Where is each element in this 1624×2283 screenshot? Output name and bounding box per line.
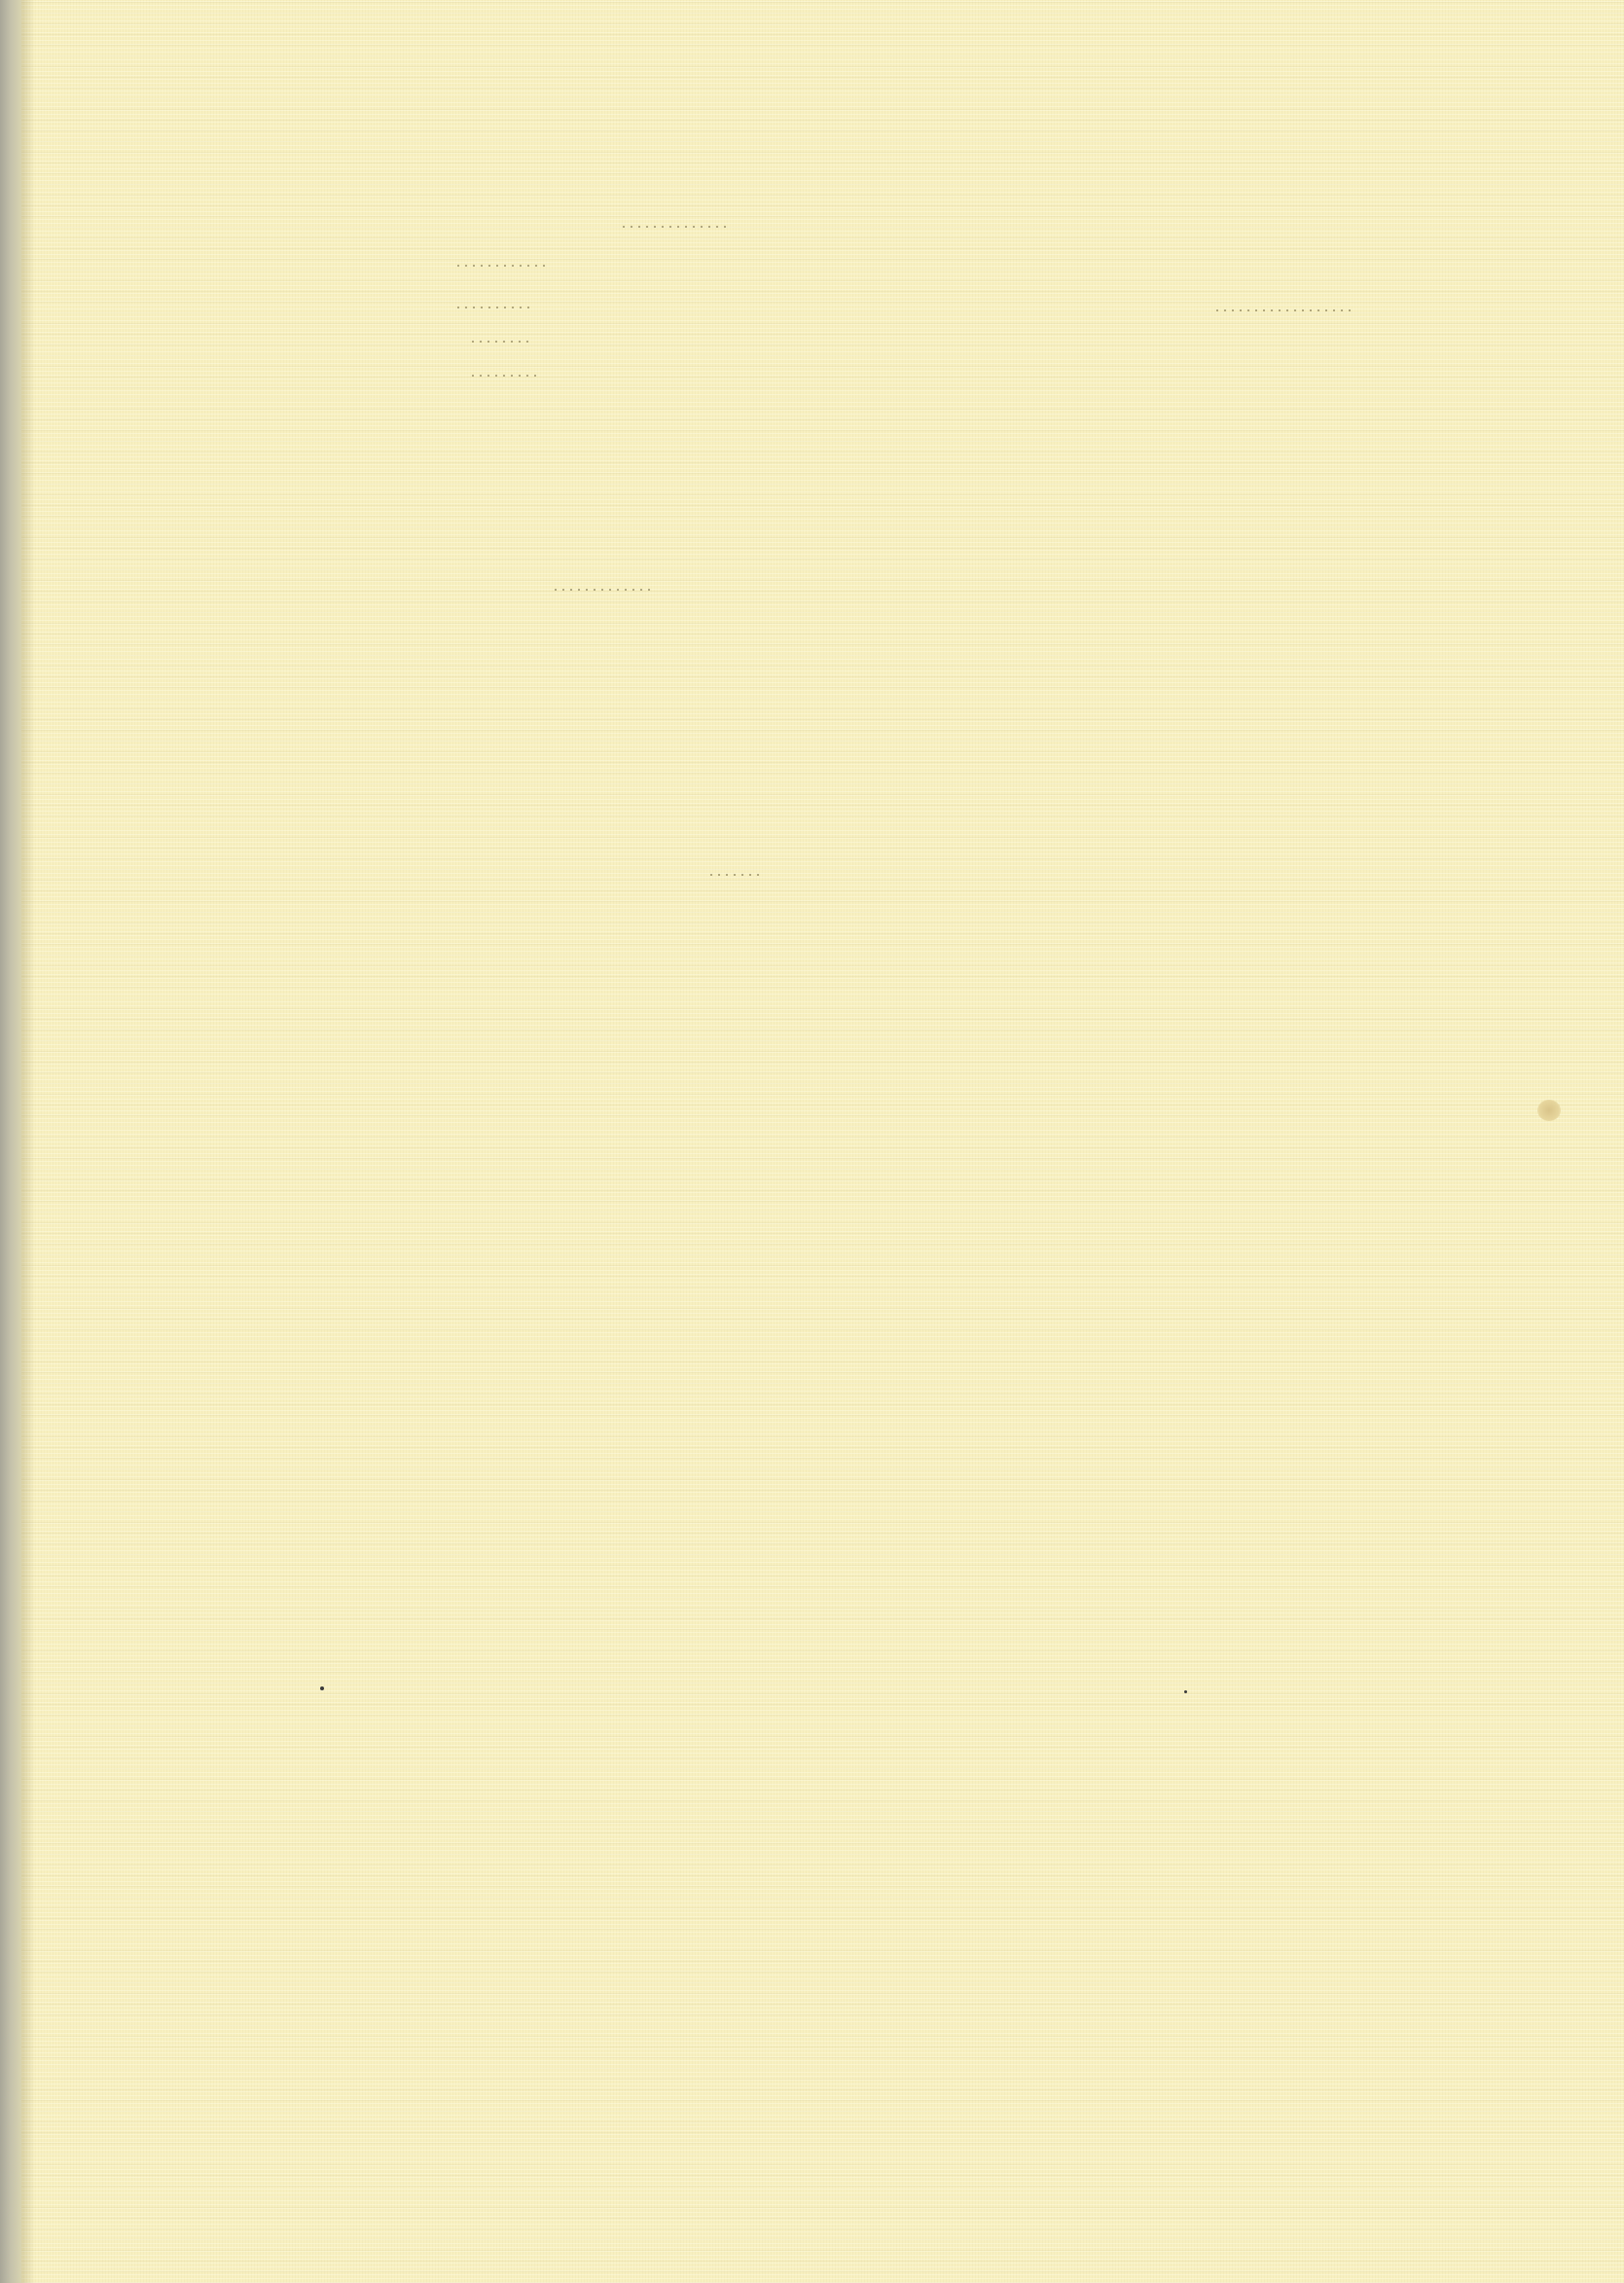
spine-edge <box>0 0 21 2283</box>
texture-dots <box>457 265 545 267</box>
texture-dots <box>472 341 530 343</box>
book-cover <box>0 0 1624 2283</box>
texture-dots <box>1216 309 1353 311</box>
spine-shadow <box>21 0 35 2283</box>
texture-dots <box>623 226 730 228</box>
speck-mark <box>320 1686 324 1690</box>
speck-mark <box>1184 1690 1187 1693</box>
texture-dots <box>472 375 540 377</box>
texture-dots <box>457 307 535 308</box>
stain-mark <box>1537 1100 1561 1121</box>
texture-dots <box>710 874 759 876</box>
texture-dots <box>555 589 652 591</box>
